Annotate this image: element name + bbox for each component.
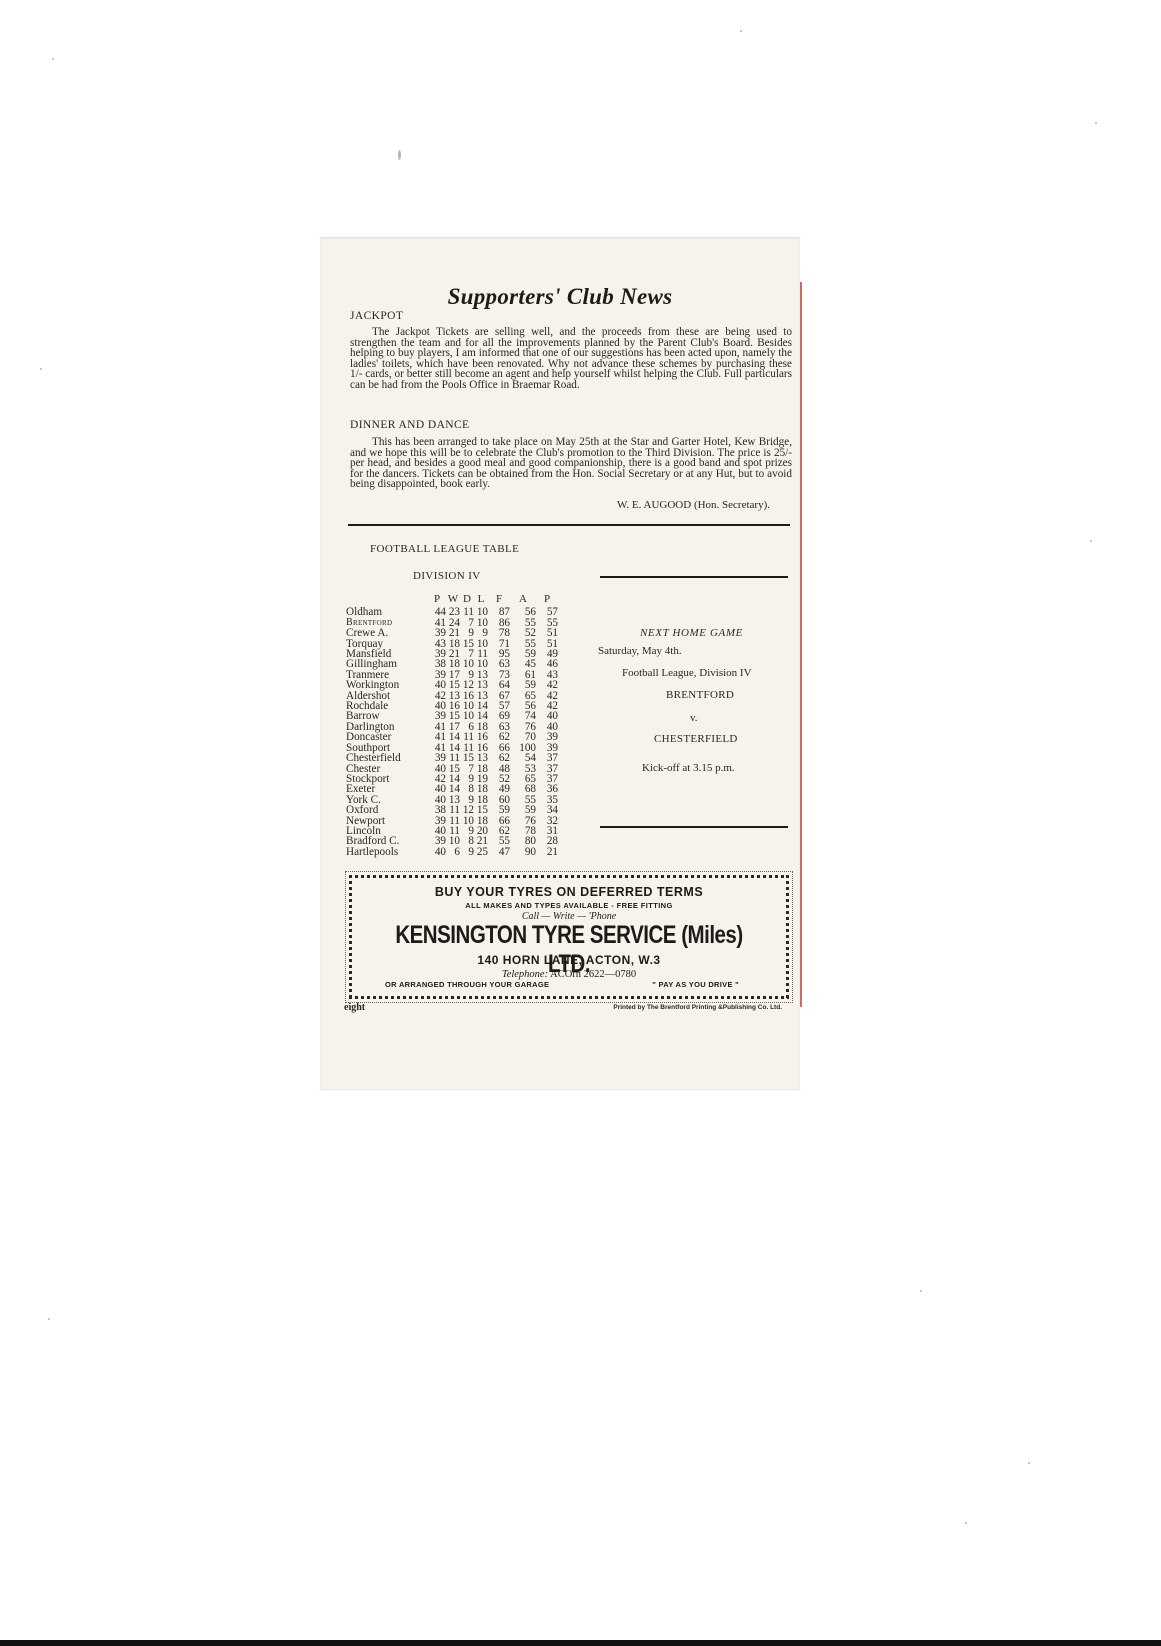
advert-headline: BUY YOUR TYRES ON DEFERRED TERMS bbox=[349, 885, 789, 899]
stat-cell: 59 bbox=[488, 805, 510, 815]
next-game-kickoff: Kick-off at 3.15 p.m. bbox=[642, 762, 735, 774]
league-table-title: FOOTBALL LEAGUE TABLE bbox=[370, 543, 519, 555]
advert-garage: OR ARRANGED THROUGH YOUR GARAGE bbox=[385, 980, 549, 989]
stat-cell: 15 bbox=[474, 805, 488, 815]
telephone-label: Telephone: bbox=[502, 969, 548, 980]
signature: W. E. AUGOOD (Hon. Secretary). bbox=[617, 499, 770, 511]
stat-cell: 15 bbox=[460, 753, 474, 763]
next-game-heading: NEXT HOME GAME bbox=[640, 627, 743, 639]
dinner-paragraph: This has been arranged to take place on … bbox=[350, 437, 792, 490]
col-against: A bbox=[510, 594, 536, 607]
team-name: Oxford bbox=[346, 805, 428, 815]
team-name: Hartlepools bbox=[346, 847, 428, 857]
scan-border bbox=[0, 1640, 1161, 1646]
next-game-away: CHESTERFIELD bbox=[654, 733, 738, 745]
stat-cell: 11 bbox=[446, 753, 460, 763]
scan-speck bbox=[1090, 540, 1092, 542]
next-game-versus: v. bbox=[690, 712, 698, 724]
section-divider bbox=[348, 524, 790, 526]
next-game-competition: Football League, Division IV bbox=[622, 667, 752, 679]
next-game-rule-top bbox=[600, 576, 788, 578]
scan-speck bbox=[920, 1290, 922, 1292]
advert-telephone: Telephone: ACOrn 2622—0780 bbox=[349, 969, 789, 980]
next-game-home: BRENTFORD bbox=[666, 689, 734, 701]
next-game-rule-bottom bbox=[600, 826, 788, 828]
jackpot-paragraph: The Jackpot Tickets are selling well, an… bbox=[350, 327, 792, 391]
scan-speck bbox=[1095, 122, 1097, 124]
division-title: DIVISION IV bbox=[413, 570, 481, 582]
scan-speck bbox=[1028, 1462, 1030, 1464]
advert-slogan: " PAY AS YOU DRIVE " bbox=[652, 980, 739, 989]
stat-cell: 39 bbox=[428, 753, 446, 763]
stat-cell: 90 bbox=[510, 847, 536, 857]
dinner-body: This has been arranged to take place on … bbox=[350, 436, 792, 490]
table-row: Hartlepools406925479021 bbox=[346, 847, 558, 857]
programme-page: Supporters' Club News JACKPOT The Jackpo… bbox=[320, 237, 800, 1090]
page-title: Supporters' Club News bbox=[320, 284, 800, 310]
col-points: P bbox=[536, 594, 558, 607]
col-won: W bbox=[446, 594, 460, 607]
jackpot-body: The Jackpot Tickets are selling well, an… bbox=[350, 326, 792, 391]
team-name: Chesterfield bbox=[346, 753, 428, 763]
scan-speck bbox=[740, 30, 742, 32]
stat-cell: 62 bbox=[488, 753, 510, 763]
stat-cell: 11 bbox=[446, 805, 460, 815]
scan-speck bbox=[48, 1318, 50, 1320]
advert-address: 140 HORN LANE, ACTON, W.3 bbox=[349, 953, 789, 967]
stat-cell: 25 bbox=[474, 847, 488, 857]
tyre-advert: BUY YOUR TYRES ON DEFERRED TERMS ALL MAK… bbox=[344, 870, 794, 1004]
stat-cell: 54 bbox=[510, 753, 536, 763]
stat-cell: 47 bbox=[488, 847, 510, 857]
col-lost: L bbox=[474, 594, 488, 607]
dinner-heading: DINNER AND DANCE bbox=[350, 419, 469, 431]
col-drawn: D bbox=[460, 594, 474, 607]
stat-cell: 37 bbox=[536, 753, 558, 763]
next-game-date: Saturday, May 4th. bbox=[598, 645, 682, 657]
league-header-row: P W D L F A P bbox=[346, 594, 558, 607]
stat-cell: 9 bbox=[460, 847, 474, 857]
advert-subline: ALL MAKES AND TYPES AVAILABLE - FREE FIT… bbox=[349, 901, 789, 910]
scan-speck bbox=[965, 1522, 967, 1524]
printer-credit: Printed by The Brentford Printing &Publi… bbox=[613, 1004, 782, 1011]
scan-speck bbox=[40, 368, 42, 370]
team-column-header bbox=[346, 594, 428, 607]
stat-cell: 59 bbox=[510, 805, 536, 815]
col-played: P bbox=[428, 594, 446, 607]
table-row: Chesterfield39111513625437 bbox=[346, 753, 558, 763]
scan-speck bbox=[52, 58, 54, 60]
stat-cell: 13 bbox=[474, 753, 488, 763]
table-row: Oxford38111215595934 bbox=[346, 805, 558, 815]
jackpot-heading: JACKPOT bbox=[350, 310, 403, 322]
stat-cell: 40 bbox=[428, 847, 446, 857]
col-for: F bbox=[488, 594, 510, 607]
stat-cell: 34 bbox=[536, 805, 558, 815]
stat-cell: 38 bbox=[428, 805, 446, 815]
page-number: eight bbox=[344, 1002, 365, 1013]
stat-cell: 21 bbox=[536, 847, 558, 857]
stat-cell: 12 bbox=[460, 805, 474, 815]
scan-speck bbox=[398, 150, 401, 160]
telephone-number: ACOrn 2622—0780 bbox=[550, 969, 636, 980]
league-table: P W D L F A P Oldham44231110875657Brentf… bbox=[346, 594, 558, 857]
stat-cell: 6 bbox=[446, 847, 460, 857]
